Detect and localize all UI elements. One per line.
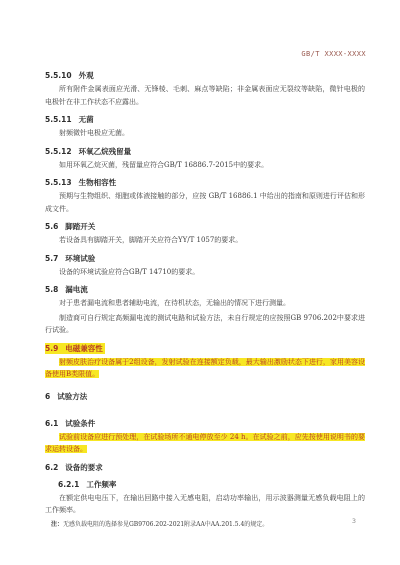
clause-5-9-paragraph-highlighted: 射频皮肤治疗设备属于2组设备，发射试验在连接额定负载，最大输出激励状态下进行，家… xyxy=(45,356,365,381)
clause-title: 环氧乙烷残留量 xyxy=(79,147,132,156)
clause-title: 试验条件 xyxy=(65,419,95,428)
clause-6-1-paragraph-highlighted: 试验前设备应进行预处理，在试验场所不通电停放至少 24 h。在试验之前，应先按使… xyxy=(45,431,365,456)
clause-heading-6-2-1: 6.2.1工作频率 xyxy=(58,479,365,490)
clause-number: 5.5.11 xyxy=(45,115,72,124)
clause-title: 设备的要求 xyxy=(65,463,103,472)
page-number: 3 xyxy=(352,517,356,525)
clause-heading-5-5-10: 5.5.10外观 xyxy=(45,70,365,81)
clause-5-6-paragraph: 若设备具有脚踏开关，脚踏开关应符合YY/T 1057的要求。 xyxy=(45,234,365,247)
chapter-title: 试验方法 xyxy=(57,392,87,401)
clause-title: 工作频率 xyxy=(86,480,116,489)
clause-number: 5.7 xyxy=(45,254,58,263)
clause-5-8-paragraph-1: 对于患者漏电流和患者辅助电流，在待机状态，无输出的情况下进行测量。 xyxy=(45,297,365,310)
clause-heading-5-7: 5.7环境试验 xyxy=(45,253,365,264)
clause-5-5-12-paragraph: 如用环氧乙烷灭菌，残留量应符合GB/T 16886.7-2015中的要求。 xyxy=(45,159,365,172)
clause-title: 环境试验 xyxy=(65,254,95,263)
chapter-heading-6: 6试验方法 xyxy=(45,391,365,402)
clause-number: 6.2.1 xyxy=(58,480,79,489)
note-block: 注：无感负载电阻的选择参见GB9706.202-2021附录AA中AA.201.… xyxy=(51,520,365,529)
page-content: 5.5.10外观 所有附件金属表面应光滑、无锋棱、毛刺、麻点等缺陷；非金属表面应… xyxy=(45,64,365,529)
clause-heading-5-9-highlighted: 5.9电磁兼容性 xyxy=(45,343,365,354)
clause-heading-6-1: 6.1试验条件 xyxy=(45,418,365,429)
clause-heading-5-5-13: 5.5.13生物相容性 xyxy=(45,177,365,188)
clause-number: 6.2 xyxy=(45,463,58,472)
clause-5-7-paragraph: 设备的环境试验应符合GB/T 14710的要求。 xyxy=(45,266,365,279)
highlighted-text: 射频皮肤治疗设备属于2组设备，发射试验在连接额定负载，最大输出激励状态下进行，家… xyxy=(45,358,365,379)
note-text: 无感负载电阻的选择参见GB9706.202-2021附录AA中AA.201.5.… xyxy=(63,521,268,528)
note-label: 注： xyxy=(51,521,63,528)
clause-number: 5.5.10 xyxy=(45,71,72,80)
clause-number: 5.5.13 xyxy=(45,178,72,187)
clause-title: 外观 xyxy=(79,71,94,80)
clause-number: 5.8 xyxy=(45,285,58,294)
clause-heading-5-5-12: 5.5.12环氧乙烷残留量 xyxy=(45,146,365,157)
clause-heading-5-6: 5.6脚踏开关 xyxy=(45,221,365,232)
document-page: GB/T XXXX-XXXX 5.5.10外观 所有附件金属表面应光滑、无锋棱、… xyxy=(0,0,400,565)
clause-number: 6.1 xyxy=(45,419,58,428)
clause-title: 脚踏开关 xyxy=(65,222,95,231)
clause-number: 5.5.12 xyxy=(45,147,72,156)
clause-title: 漏电流 xyxy=(65,285,88,294)
clause-title: 生物相容性 xyxy=(79,178,117,187)
clause-heading-5-5-11: 5.5.11无菌 xyxy=(45,114,365,125)
clause-number: 5.9 xyxy=(45,344,58,353)
clause-5-5-11-paragraph: 射频微针电极应无菌。 xyxy=(45,127,365,140)
clause-number: 5.6 xyxy=(45,222,58,231)
standard-code-header: GB/T XXXX-XXXX xyxy=(301,50,366,58)
clause-5-5-10-paragraph: 所有附件金属表面应光滑、无锋棱、毛刺、麻点等缺陷；非金属表面应无裂纹等缺陷，微针… xyxy=(45,83,365,108)
clause-5-8-paragraph-2: 制造商可自行规定高频漏电流的测试电路和试验方法，未自行规定的应按照GB 9706… xyxy=(45,312,365,337)
clause-heading-6-2: 6.2设备的要求 xyxy=(45,462,365,473)
clause-title: 无菌 xyxy=(79,115,94,124)
clause-6-2-1-paragraph: 在额定供电电压下，在输出回路中接入无感电阻，启动功率输出，用示波器测量无感负载电… xyxy=(45,492,365,517)
clause-5-5-13-paragraph: 预期与生物组织、细胞或体液接触的部分，应按 GB/T 16886.1 中给出的指… xyxy=(45,190,365,215)
chapter-number: 6 xyxy=(45,392,50,401)
clause-title: 电磁兼容性 xyxy=(65,344,103,353)
clause-heading-5-8: 5.8漏电流 xyxy=(45,284,365,295)
highlighted-text: 试验前设备应进行预处理，在试验场所不通电停放至少 24 h。在试验之前，应先按使… xyxy=(45,433,365,454)
